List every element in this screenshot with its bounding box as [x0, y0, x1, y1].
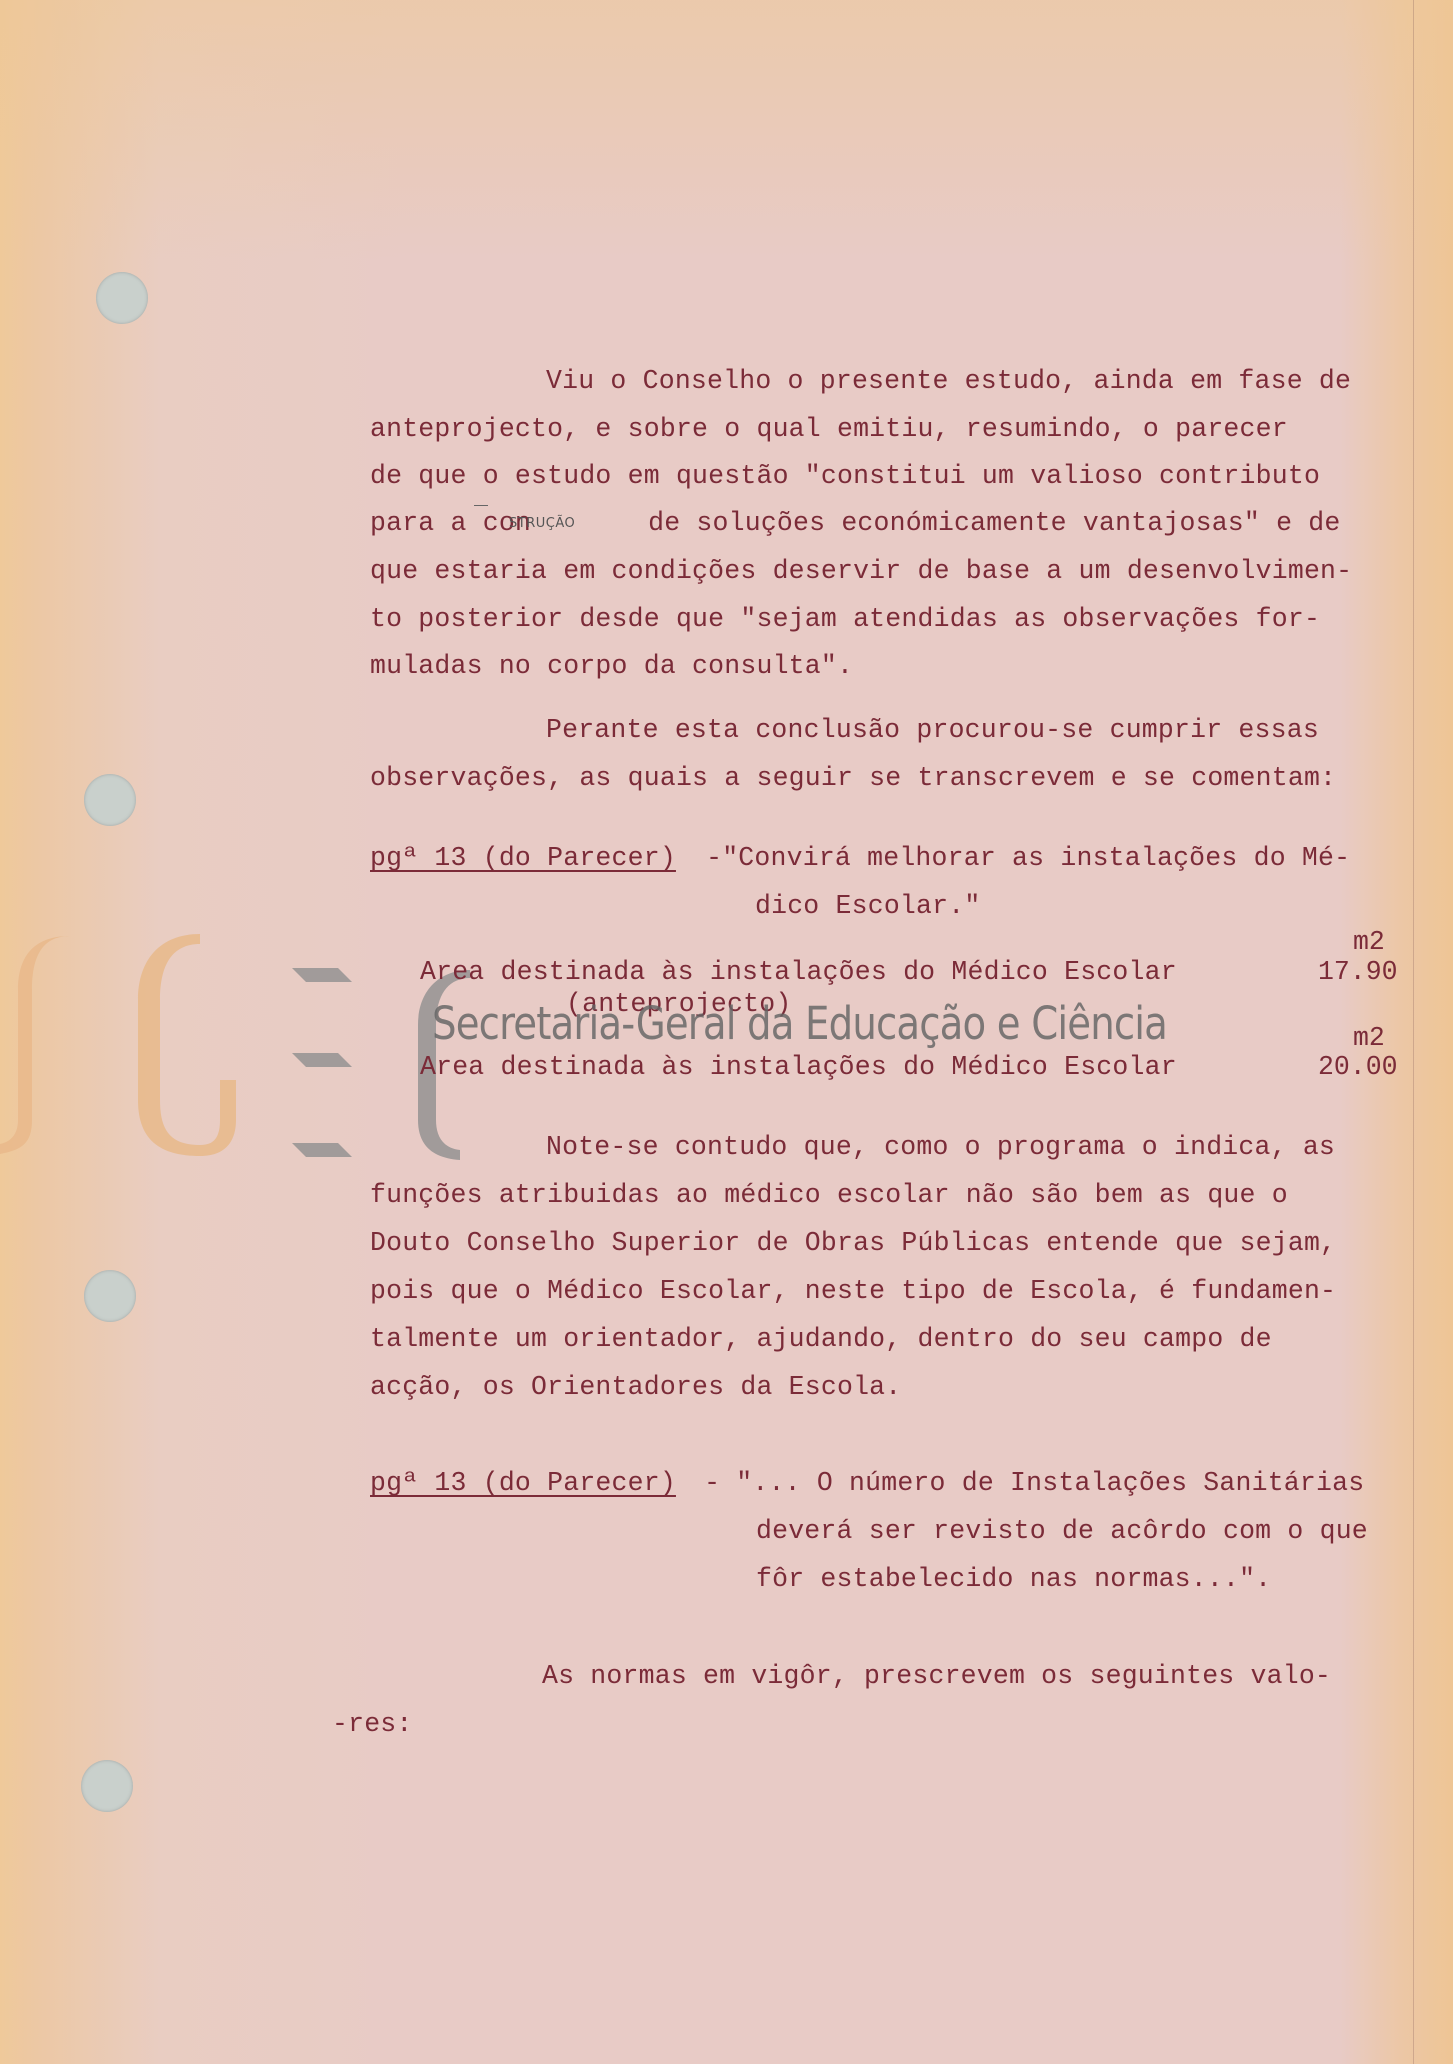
punch-hole [81, 1760, 133, 1812]
paragraph-1-line-5: que estaria em condições deservir de bas… [370, 556, 1352, 586]
paragraph-1-line-1: Viu o Conselho o presente estudo, ainda … [546, 366, 1351, 396]
handwritten-correction: STRUÇÃO [509, 516, 575, 531]
citation-2-quote-line-1: - "... O número de Instalações Sanitária… [688, 1468, 1364, 1498]
punch-hole [96, 272, 148, 324]
paragraph-4-line-2: -res: [332, 1709, 413, 1739]
paragraph-3-line-5: talmente um orientador, ajudando, dentro… [370, 1324, 1272, 1354]
paragraph-3-line-2: funções atribuidas ao médico escolar não… [370, 1180, 1288, 1210]
paragraph-3-line-1: Note-se contudo que, como o programa o i… [546, 1132, 1335, 1162]
paragraph-3-line-6: acção, os Orientadores da Escola. [370, 1372, 901, 1402]
area-row-2-label: Area destinada às instalações do Médico … [420, 1052, 1177, 1082]
citation-1-ref: pgª 13 (do Parecer) [370, 843, 676, 873]
citation-2-quote-line-2: deverá ser revisto de acôrdo com o que [756, 1516, 1368, 1546]
area-row-1-value: 17.90 [1318, 957, 1398, 987]
area-unit-label: m2 [1353, 927, 1385, 957]
paragraph-1-line-6: to posterior desde que "sejam atendidas … [370, 604, 1320, 634]
page-fold-line [1413, 0, 1414, 2064]
area-row-2-value: 20.00 [1318, 1052, 1398, 1082]
area-unit-label-2: m2 [1353, 1023, 1385, 1053]
paragraph-1-line-4a: para a con [370, 508, 531, 538]
citation-2-ref: pgª 13 (do Parecer) [370, 1468, 676, 1498]
paragraph-3-line-3: Douto Conselho Superior de Obras Pública… [370, 1228, 1336, 1258]
paragraph-1-line-3: de que o estudo em questão "constitui um… [370, 461, 1320, 491]
paragraph-4-line-1: As normas em vigôr, prescrevem os seguin… [542, 1661, 1331, 1691]
paragraph-1-line-7: muladas no corpo da consulta". [370, 651, 853, 681]
citation-1-quote-line-2: dico Escolar." [755, 891, 980, 921]
watermark-text: Secretaria-Geral da Educação e Ciência [432, 997, 1167, 1050]
citation-1-quote-line-1: -"Convirá melhorar as instalações do Mé- [690, 843, 1350, 873]
punch-hole [84, 1270, 136, 1322]
citation-2-quote-line-3: fôr estabelecido nas normas...". [756, 1564, 1271, 1594]
paragraph-2-line-1: Perante esta conclusão procurou-se cumpr… [546, 715, 1319, 745]
handwritten-tilde-mark [474, 505, 488, 506]
paper-aging-tint [0, 0, 1453, 260]
sgec-logo-watermark [0, 930, 470, 1160]
paragraph-1-line-4b: de soluções económicamente vantajosas" e… [632, 508, 1341, 538]
paragraph-2-line-2: observações, as quais a seguir se transc… [370, 763, 1336, 793]
area-row-1-label: Area destinada às instalações do Médico … [420, 957, 1177, 987]
paragraph-1-line-2: anteprojecto, e sobre o qual emitiu, res… [370, 414, 1288, 444]
punch-hole [84, 774, 136, 826]
paragraph-3-line-4: pois que o Médico Escolar, neste tipo de… [370, 1276, 1336, 1306]
